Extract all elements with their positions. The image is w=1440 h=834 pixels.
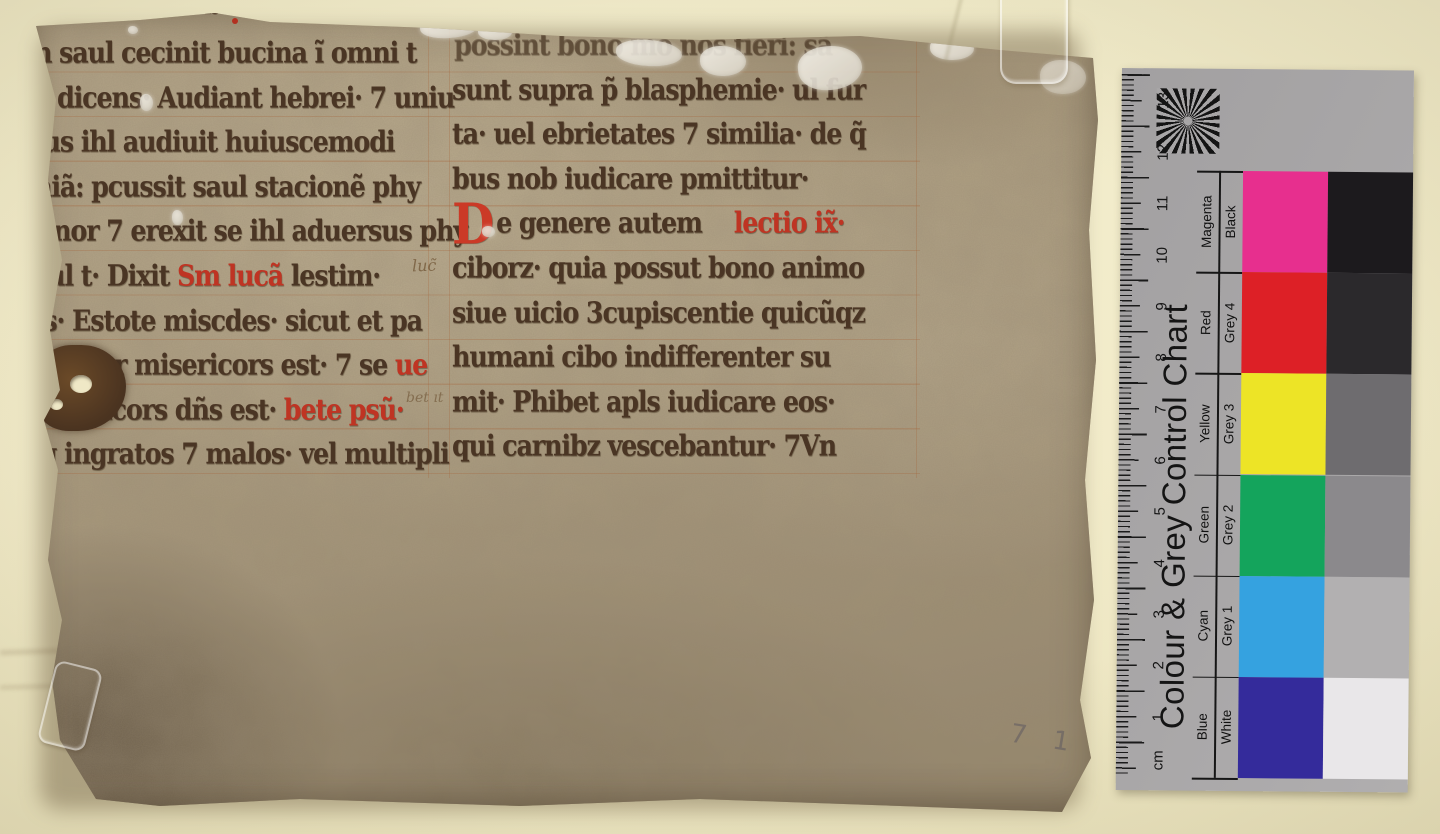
ink-text: qui carnibz vescebantur· 7Vn: [452, 430, 836, 463]
ruler-number: 6: [1152, 456, 1169, 464]
ink-text: tinor 7 erexit se ihl aduersus phy: [34, 215, 467, 248]
grey-label: Grey 2: [1220, 505, 1235, 546]
grey-patch: [1325, 374, 1411, 476]
manuscript-line: ius ihl audiuit huiuscemodi: [34, 119, 408, 167]
manuscript-line: siue uicio 3cupiscentie quicũqz: [452, 290, 894, 338]
ink-text: ius ihl audiuit huiuscemodi: [34, 126, 394, 159]
manuscript-line: n saul cecinit bucina ĩ omni t: [34, 30, 408, 78]
rubricated-text: lectio ix̃·: [734, 207, 845, 240]
manuscript-line: niã: pcussit saul stacionẽ phy: [34, 164, 408, 212]
ink-text: bus nob iudicare pmittitur·: [452, 162, 808, 195]
colour-label: Red: [1198, 310, 1213, 335]
rubricated-text: ue: [395, 349, 427, 382]
manuscript-line: mit· Phibet apls iudicare eos·: [452, 379, 894, 427]
colour-control-chart: Colour & Grey Control Chart cm1234567891…: [1116, 68, 1414, 793]
trimmed-top-text-line: ın ſaul bucına ſonuıt ſeruoſ ſuoſ: [58, 12, 778, 27]
parchment-hole: [70, 375, 92, 393]
manuscript-line: ta· uel ebrietates 7 similia· de q̃: [452, 111, 894, 159]
paint-fleck: [128, 26, 138, 34]
ruling-line-vertical: [32, 26, 33, 478]
manuscript-line: De genere autemlectio ix̃·: [452, 201, 894, 249]
ruler-number: 1: [1150, 713, 1167, 721]
manuscript-line: bus nob iudicare pmittitur·: [452, 156, 894, 204]
ink-text: ã dicens· Audiant hebrei· 7 uniu: [34, 81, 454, 114]
manuscript-line: ul t· Dixit Sm lucã lestim·: [34, 253, 408, 301]
manuscript-line: s· Estote miscdes· sicut et pa: [34, 298, 408, 346]
grey-label: White: [1219, 710, 1234, 745]
ruler-number: 13: [1155, 92, 1172, 109]
manuscript-line: tinor 7 erexit se ihl aduersus phy: [34, 209, 408, 257]
label-row-separator: [1192, 778, 1238, 780]
colour-label: Blue: [1195, 714, 1210, 741]
manuscript-fragment: ın ſaul bucına ſonuıt ſeruoſ ſuoſ n saul…: [28, 12, 1100, 814]
colour-patch: [1240, 373, 1326, 475]
ruler-number: 3: [1151, 610, 1168, 618]
grey-label: Grey 4: [1222, 302, 1237, 343]
colour-patch: [1241, 272, 1327, 374]
manuscript-line: ã dicens· Audiant hebrei· 7 uniu: [34, 75, 408, 123]
ink-text: s· Estote miscdes· sicut et pa: [43, 304, 422, 337]
ink-text: ter misericors est· 7 se: [89, 349, 395, 382]
ruler-number: 5: [1152, 507, 1169, 515]
ruler-number: 8: [1153, 353, 1170, 361]
colour-label: Green: [1196, 506, 1211, 544]
trimmed-line-text: ın ſaul bucına ſonuıt ſeruoſ ſuoſ: [58, 12, 735, 21]
red-ink-trace: [232, 18, 238, 24]
ruler-ticks: [1116, 74, 1152, 776]
mounting-clip-top: [1000, 0, 1068, 84]
grey-patch: [1323, 678, 1409, 780]
ink-text: e genere autem: [496, 207, 702, 240]
manuscript-line: humani cibo indifferenter su: [452, 334, 894, 382]
paste-residue: [700, 46, 746, 76]
ink-text: ta· uel ebrietates 7 similia· de q̃: [452, 118, 866, 151]
ruler-number: cm: [1149, 750, 1166, 770]
gutter-annotation: luc̃: [412, 256, 437, 276]
ink-text: mit· Phibet apls iudicare eos·: [452, 385, 835, 418]
colour-patch: [1240, 475, 1326, 577]
ink-text: niã: pcussit saul stacionẽ phy: [34, 170, 420, 203]
ink-text: lestim·: [283, 260, 380, 293]
ink-text: q ingratos 7 malos· vel multipli: [40, 438, 449, 471]
ink-text: ul t· Dixit: [47, 260, 177, 293]
ruler-number: 2: [1150, 661, 1167, 669]
colour-label: Yellow: [1197, 404, 1212, 443]
grey-patch: [1324, 576, 1410, 678]
colour-label: Cyan: [1195, 610, 1210, 642]
ink-text: n saul cecinit bucina ĩ omni t: [34, 37, 416, 70]
ruler-number: 9: [1153, 302, 1170, 310]
paint-fleck: [140, 94, 153, 111]
colour-label: Magenta: [1199, 195, 1214, 248]
ruler-number: 12: [1155, 144, 1172, 161]
gutter-annotation: bet ıt: [406, 390, 443, 406]
grey-label: Black: [1223, 205, 1238, 238]
colour-patch: [1239, 576, 1325, 678]
colour-patch: [1242, 171, 1328, 273]
ruler-number: 11: [1154, 196, 1171, 212]
paint-fleck: [482, 226, 495, 237]
photograph-stage: ın ſaul bucına ſonuıt ſeruoſ ſuoſ n saul…: [0, 0, 1440, 834]
rubricated-text: bete psũ·: [284, 393, 404, 426]
grey-label: Grey 1: [1219, 606, 1234, 647]
grey-patch: [1326, 273, 1412, 375]
colour-patch: [1238, 677, 1324, 779]
ruler-number: 4: [1151, 559, 1168, 567]
manuscript-line: qui carnibz vescebantur· 7Vn: [452, 424, 894, 472]
grey-patch: [1327, 172, 1413, 274]
ink-text: humani cibo indifferenter su: [452, 341, 830, 374]
ink-text: ciborz· quia possut bono animo: [452, 252, 864, 285]
text-column-right: possint bono mõ nos fieri: sãsunt supra …: [452, 24, 922, 470]
ink-text: siue uicio 3cupiscentie quicũqz: [452, 296, 865, 329]
manuscript-line: ciborz· quia possut bono animo: [452, 245, 894, 293]
ruler-number: 10: [1154, 246, 1171, 263]
grey-label: Grey 3: [1221, 404, 1236, 445]
manuscript-line: q ingratos 7 malos· vel multipli: [34, 432, 408, 480]
grey-patch: [1325, 475, 1411, 577]
paint-fleck: [172, 210, 183, 225]
rubricated-text: Sm lucã: [177, 260, 283, 293]
ruler-number: 7: [1152, 405, 1169, 413]
